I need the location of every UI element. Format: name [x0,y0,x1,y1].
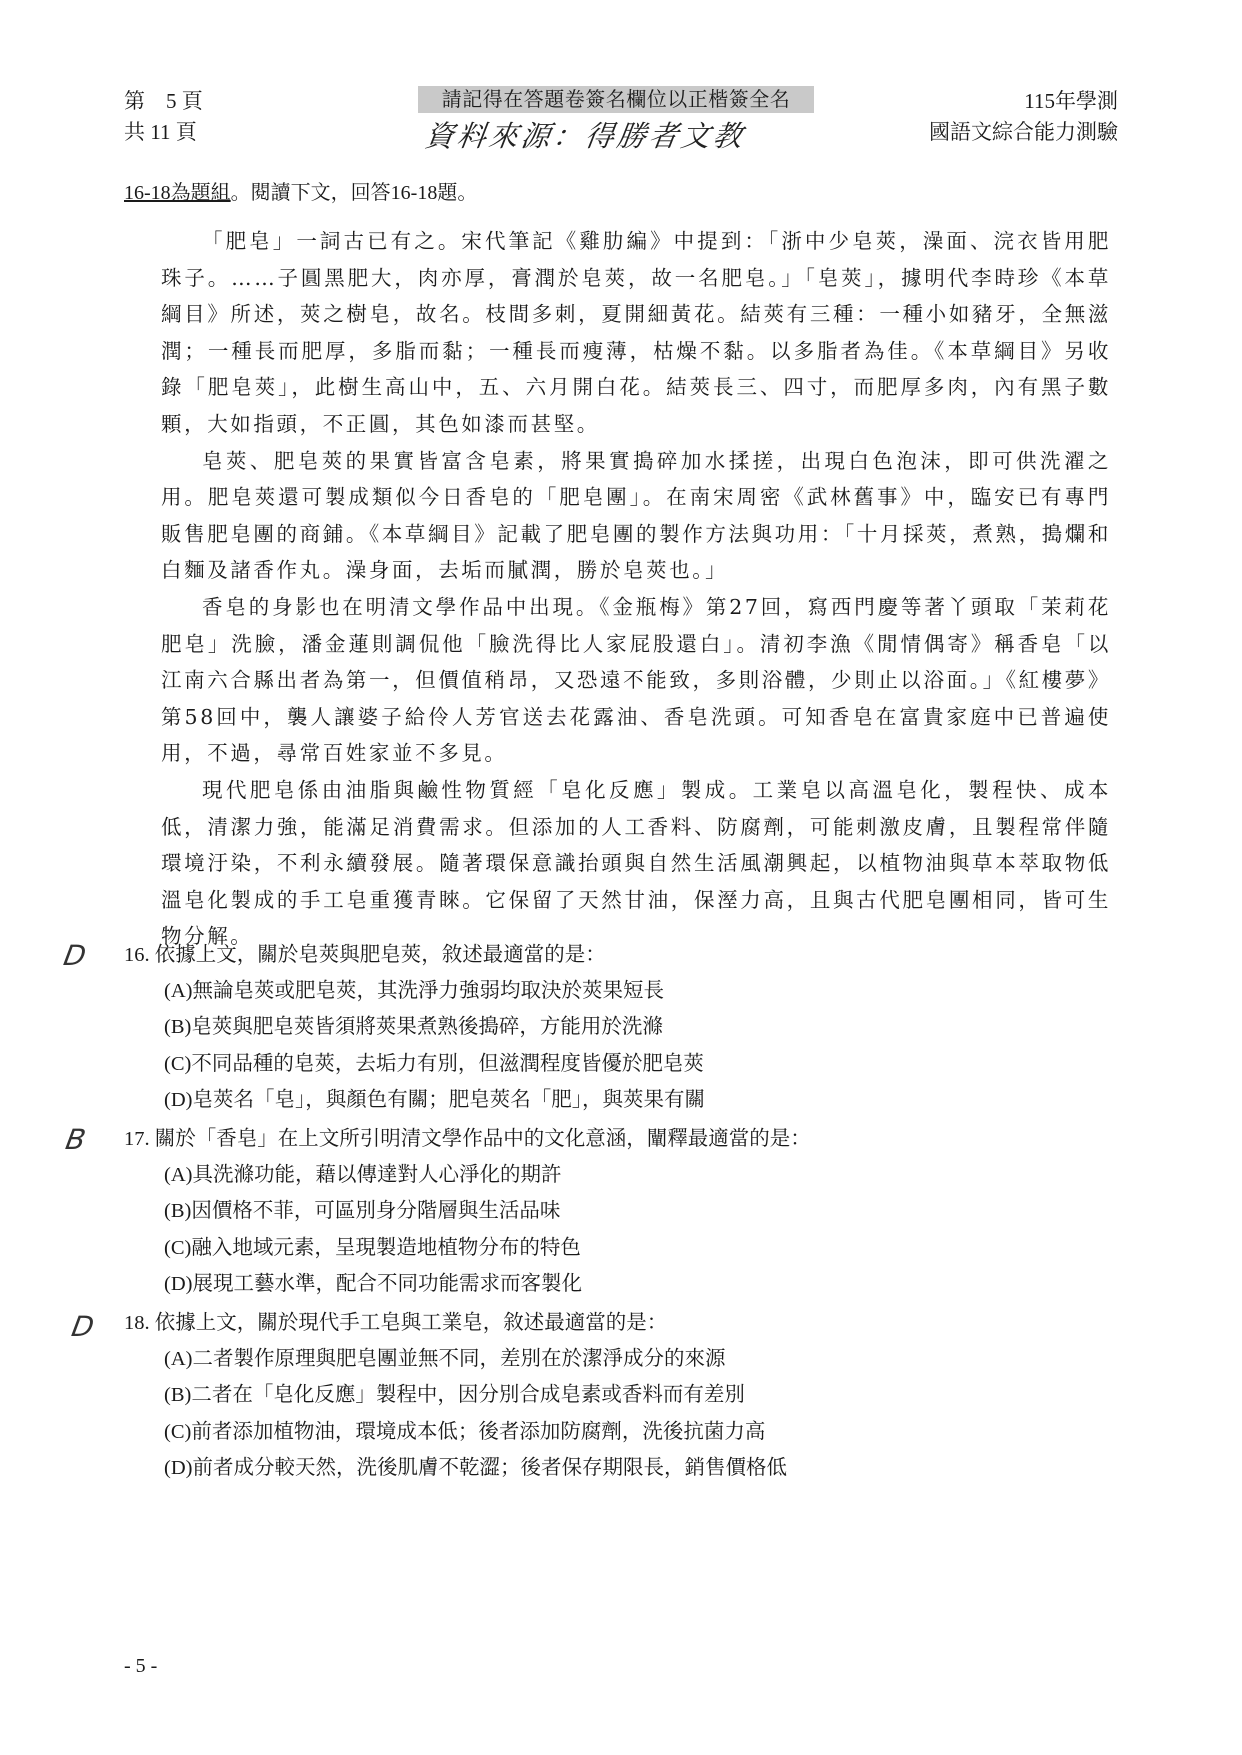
passage-paragraph: 皂莢、肥皂莢的果實皆富含皂素，將果實搗碎加水揉搓，出現白色泡沫，即可供洗濯之用。… [161,443,1111,589]
question-18: 18. 依據上文，關於現代手工皂與工業皂，敘述最適當的是： (A)二者製作原理與… [124,1305,787,1486]
option-a: (A)具洗滌功能，藉以傳達對人心淨化的期許 [124,1157,811,1193]
footer-page-number: - 5 - [124,1655,157,1678]
question-group-text: 。閱讀下文，回答16-18題。 [231,182,478,204]
handwritten-answer-16: D [61,939,88,972]
option-c: (C)融入地域元素，呈現製造地植物分布的特色 [124,1230,811,1266]
passage-paragraph: 「肥皂」一詞古已有之。宋代筆記《雞肋編》中提到：「浙中少皂莢，澡面、浣衣皆用肥珠… [161,223,1111,443]
page-indicator: 第 5 頁 共 11 頁 [124,86,203,148]
handwritten-answer-17: B [63,1123,88,1156]
option-c: (C)不同品種的皂莢，去垢力有別，但滋潤程度皆優於肥皂莢 [124,1046,705,1082]
handwritten-source-note: 資料來源：得勝者文教 [422,116,748,156]
option-a: (A)二者製作原理與肥皂團並無不同，差別在於潔淨成分的來源 [124,1341,787,1377]
exam-subject: 國語文綜合能力測驗 [929,117,1118,148]
passage-paragraph: 現代肥皂係由油脂與鹼性物質經「皂化反應」製成。工業皂以高溫皂化，製程快、成本低，… [161,772,1111,955]
question-stem: 18. 依據上文，關於現代手工皂與工業皂，敘述最適當的是： [124,1305,787,1341]
question-group-label: 16-18為題組 [124,182,231,204]
current-page-label: 第 5 頁 [124,86,203,117]
signature-notice-banner: 請記得在答題卷簽名欄位以正楷簽全名 [418,86,814,113]
option-d: (D)皂莢名「皂」，與顏色有關；肥皂莢名「肥」，與莢果有關 [124,1082,705,1118]
exam-title: 115年學測 國語文綜合能力測驗 [929,86,1118,148]
question-group-instruction: 16-18為題組。閱讀下文，回答16-18題。 [124,179,477,207]
option-c: (C)前者添加植物油，環境成本低；後者添加防腐劑，洗後抗菌力高 [124,1414,787,1450]
option-b: (B)因價格不菲，可區別身分階層與生活品味 [124,1193,811,1229]
handwritten-answer-18: D [69,1310,96,1343]
question-17: 17. 關於「香皂」在上文所引明清文學作品中的文化意涵，闡釋最適當的是： (A)… [124,1121,811,1302]
question-stem: 17. 關於「香皂」在上文所引明清文學作品中的文化意涵，闡釋最適當的是： [124,1121,811,1157]
option-b: (B)皂莢與肥皂莢皆須將莢果煮熟後搗碎，方能用於洗滌 [124,1009,705,1045]
question-16: 16. 依據上文，關於皂莢與肥皂莢，敘述最適當的是： (A)無論皂莢或肥皂莢，其… [124,937,705,1118]
total-pages-label: 共 11 頁 [124,117,203,148]
passage-paragraph: 香皂的身影也在明清文學作品中出現。《金瓶梅》第27回，寫西門慶等著丫頭取「茉莉花… [161,589,1111,772]
exam-year: 115年學測 [929,86,1118,117]
option-d: (D)展現工藝水準，配合不同功能需求而客製化 [124,1266,811,1302]
option-b: (B)二者在「皂化反應」製程中，因分別合成皂素或香料而有差別 [124,1377,787,1413]
question-stem: 16. 依據上文，關於皂莢與肥皂莢，敘述最適當的是： [124,937,705,973]
reading-passage: 「肥皂」一詞古已有之。宋代筆記《雞肋編》中提到：「浙中少皂莢，澡面、浣衣皆用肥珠… [161,223,1111,955]
option-a: (A)無論皂莢或肥皂莢，其洗淨力強弱均取決於莢果短長 [124,973,705,1009]
option-d: (D)前者成分較天然，洗後肌膚不乾澀；後者保存期限長，銷售價格低 [124,1450,787,1486]
